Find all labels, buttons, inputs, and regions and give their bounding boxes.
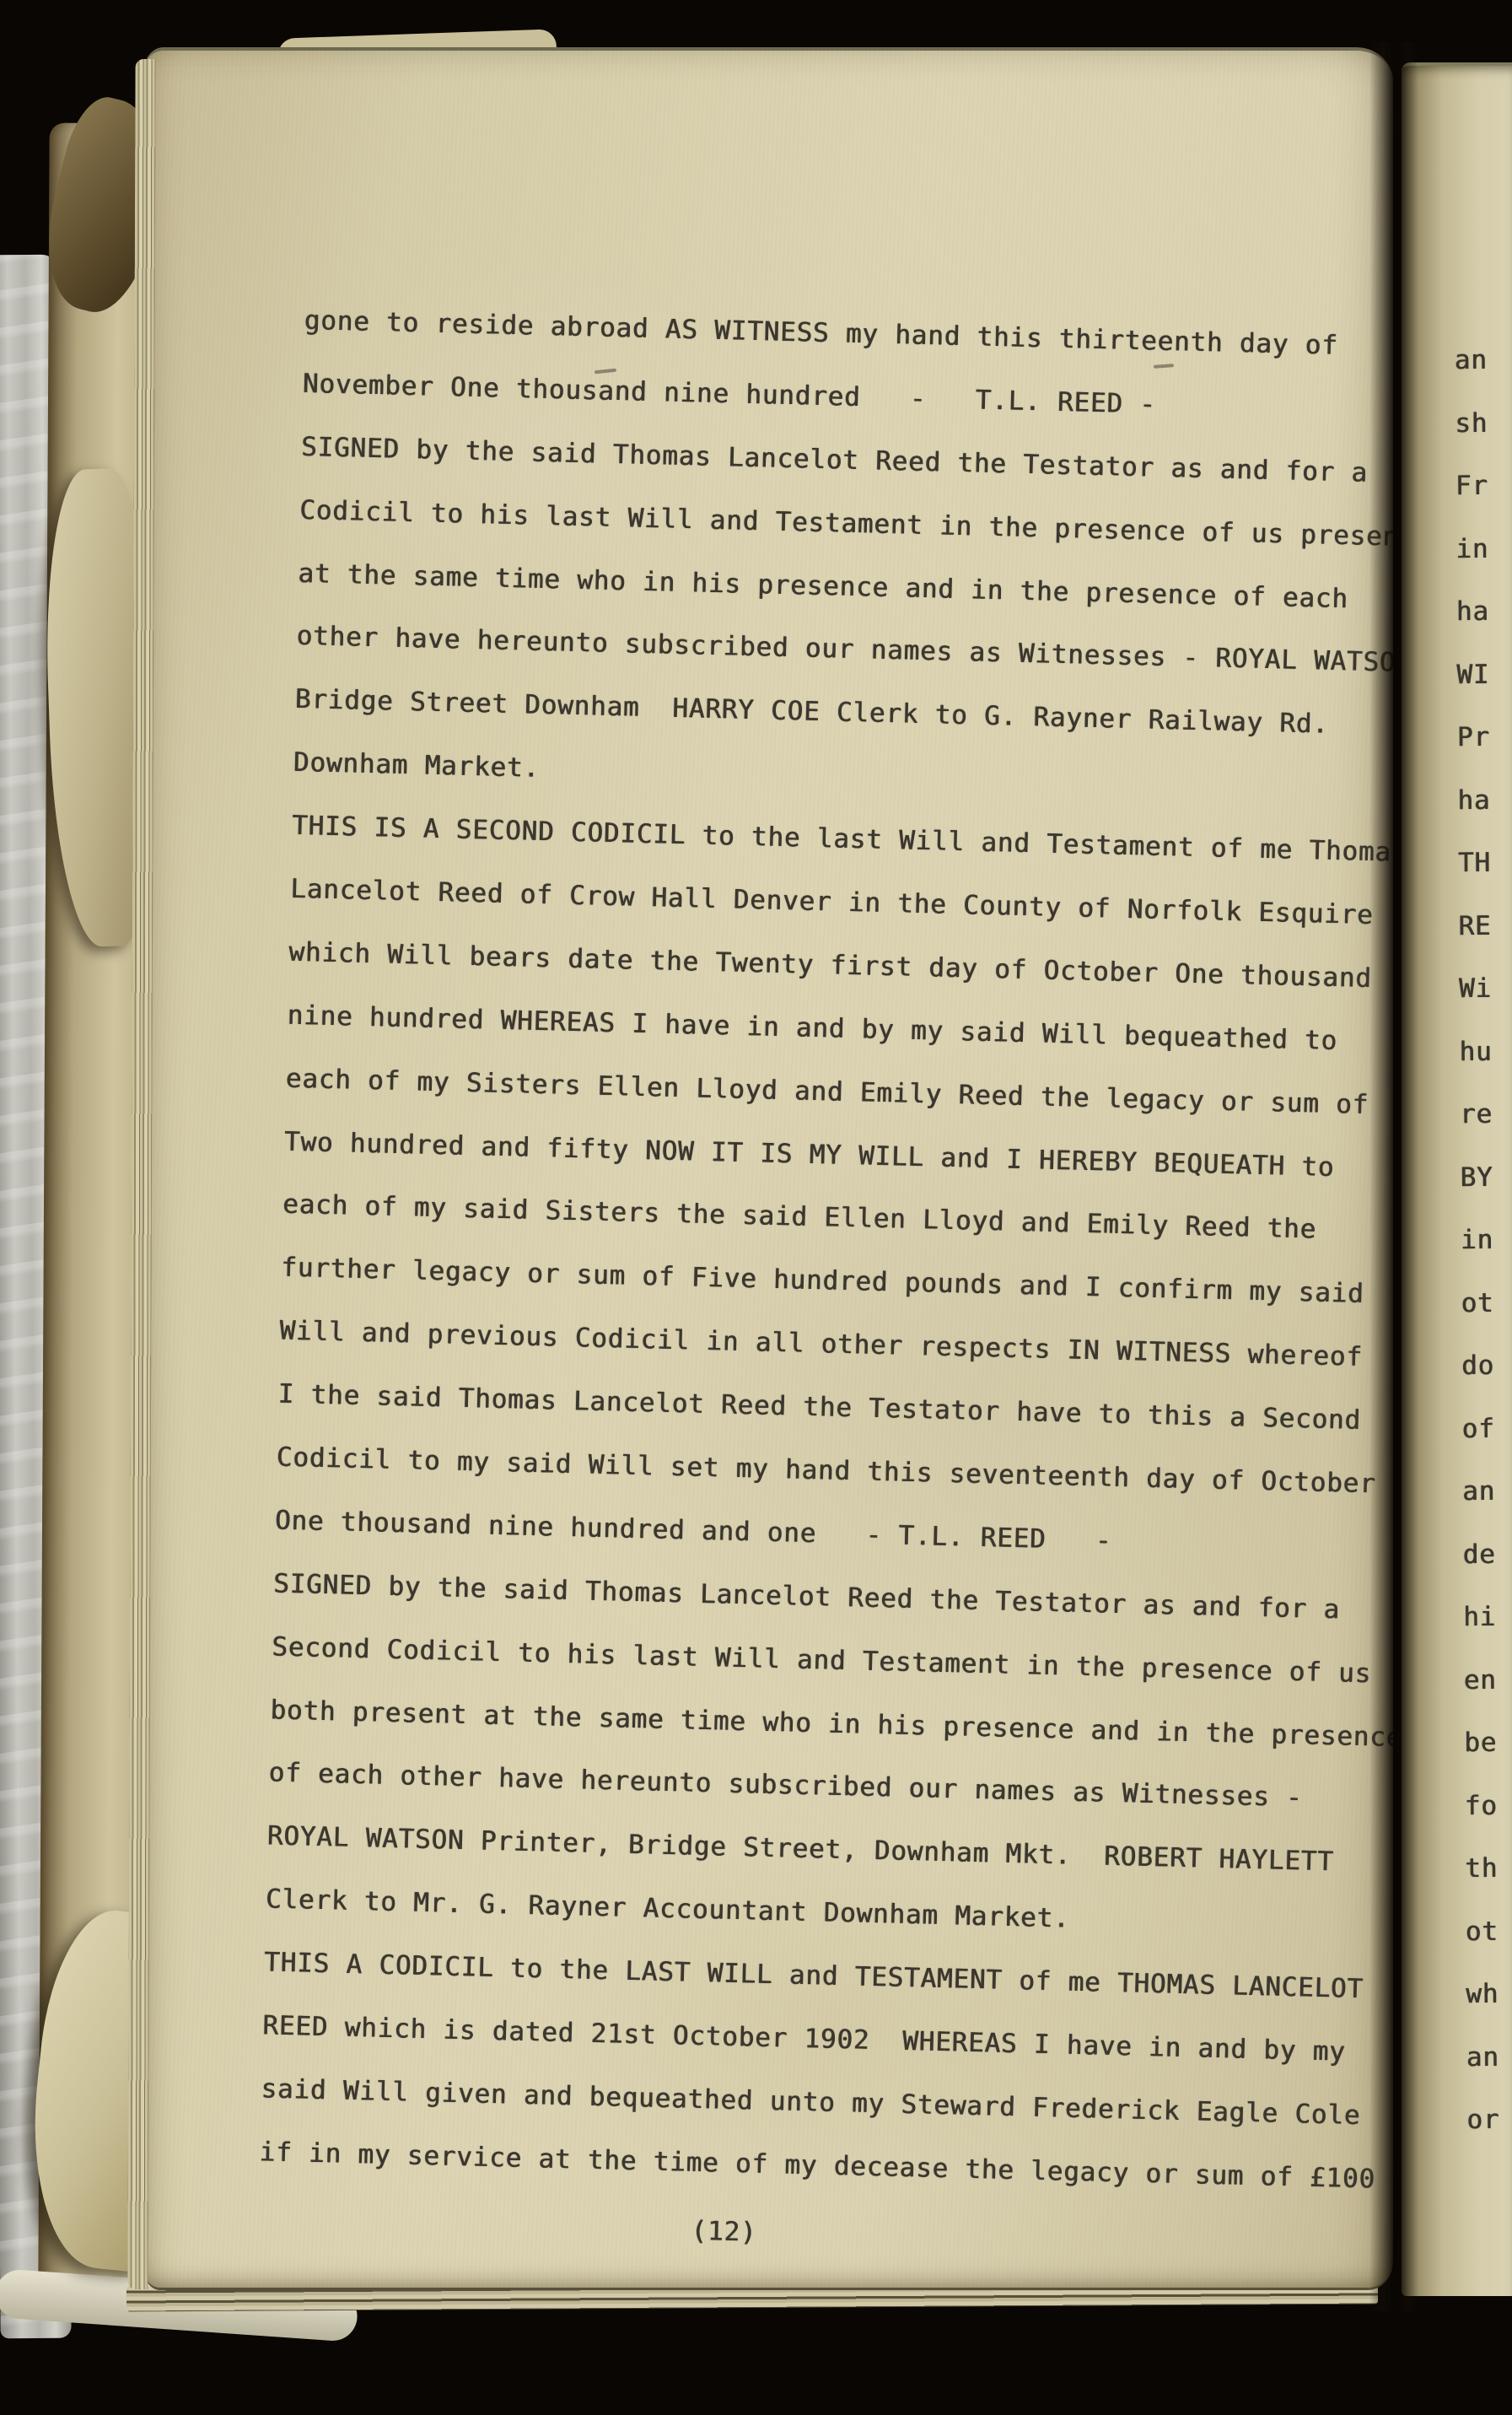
- text-fragment: TH: [1458, 832, 1491, 895]
- text-fragment: WI: [1456, 643, 1489, 706]
- text-fragment: in: [1461, 1209, 1493, 1272]
- document-lines-host: gone to reside abroad AS WITNESS my hand…: [259, 289, 1393, 2212]
- text-fragment: re: [1460, 1083, 1493, 1146]
- text-fragment: in: [1456, 517, 1488, 580]
- text-fragment: en: [1463, 1648, 1496, 1712]
- text-fragment: do: [1461, 1334, 1494, 1398]
- text-fragment: Fr: [1455, 455, 1488, 518]
- text-fragment: ha: [1457, 768, 1490, 832]
- text-fragment: an: [1454, 329, 1487, 392]
- text-fragment: or: [1466, 2089, 1499, 2152]
- text-fragment: ha: [1456, 580, 1489, 644]
- text-fragment: ot: [1461, 1271, 1493, 1334]
- text-fragment: de: [1462, 1523, 1495, 1586]
- text-fragment: sh: [1455, 391, 1488, 455]
- scanned-book-photo: gone to reside abroad AS WITNESS my hand…: [0, 0, 1512, 2415]
- text-fragment: RE: [1458, 894, 1491, 957]
- text-fragment: wh: [1466, 1963, 1499, 2026]
- text-fragment: of: [1461, 1397, 1494, 1460]
- text-fragment: Wi: [1459, 957, 1492, 1021]
- text-fragment: hi: [1463, 1586, 1496, 1649]
- text-fragment: be: [1464, 1712, 1497, 1775]
- text-fragment: ot: [1465, 1900, 1498, 1963]
- text-fragment: hu: [1459, 1020, 1492, 1083]
- right-page-text-fragments: anshFrinhaWIPrhaTHREWihureBYinotdoofande…: [1454, 329, 1499, 2152]
- text-fragment: fo: [1464, 1774, 1497, 1837]
- text-fragment: an: [1462, 1460, 1495, 1523]
- text-fragment: Pr: [1457, 706, 1490, 769]
- text-fragment: th: [1465, 1837, 1498, 1900]
- right-page-edge: anshFrinhaWIPrhaTHREWihureBYinotdoofande…: [1402, 62, 1512, 2296]
- text-fragment: BY: [1460, 1146, 1493, 1209]
- left-page: gone to reside abroad AS WITNESS my hand…: [143, 47, 1393, 2290]
- text-fragment: an: [1466, 2025, 1499, 2089]
- typed-text-block: gone to reside abroad AS WITNESS my hand…: [257, 289, 1393, 2280]
